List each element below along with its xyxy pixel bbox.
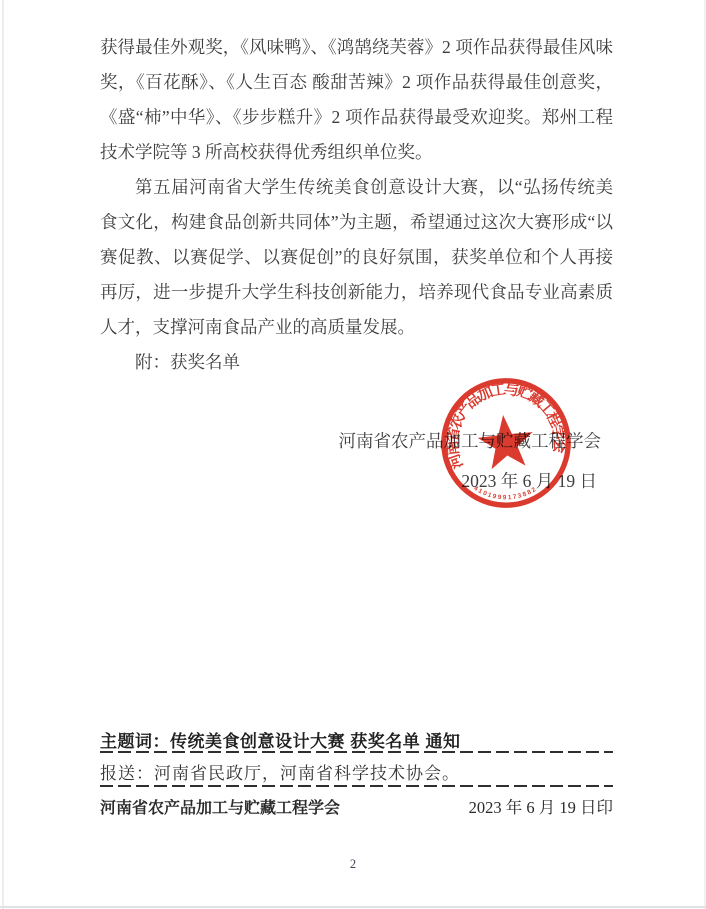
document-page: 获得最佳外观奖，《风味鸭》、《鸿鹄绕芙蓉》2 项作品获得最佳风味奖，《百花酥》、… — [0, 0, 706, 909]
document-body: 获得最佳外观奖，《风味鸭》、《鸿鹄绕芙蓉》2 项作品获得最佳风味奖，《百花酥》、… — [100, 30, 613, 380]
footer-issuer: 河南省农产品加工与贮藏工程学会 — [100, 795, 340, 818]
copyto-label: 报送： — [100, 764, 154, 783]
divider-dashed-1 — [100, 751, 613, 753]
paragraph-awards: 获得最佳外观奖，《风味鸭》、《鸿鹄绕芙蓉》2 项作品获得最佳风味奖，《百花酥》、… — [100, 30, 613, 170]
page-number: 2 — [0, 857, 706, 872]
scan-edge-left — [2, 0, 4, 909]
print-footer: 河南省农产品加工与贮藏工程学会 2023 年 6 月 19 日印 — [100, 794, 613, 818]
seal-star-icon — [476, 412, 537, 470]
subject-keywords-line: 主题词：传统美食创意设计大赛 获奖名单 通知 — [100, 727, 613, 752]
official-seal: 河南省农产品加工与贮藏工程学会 4101999173882 — [431, 368, 580, 517]
subject-label: 主题词： — [100, 732, 170, 751]
subject-value: 传统美食创意设计大赛 获奖名单 通知 — [170, 732, 460, 751]
divider-dashed-2 — [100, 785, 613, 787]
scan-edge-bottom — [0, 906, 706, 908]
paragraph-summary: 第五届河南省大学生传统美食创意设计大赛，以“弘扬传统美食文化，构建食品创新共同体… — [100, 170, 613, 345]
footer-print-date: 2023 年 6 月 19 日印 — [469, 794, 613, 818]
copy-to-line: 报送：河南省民政厅，河南省科学技术协会。 — [100, 759, 613, 784]
copyto-value: 河南省民政厅，河南省科学技术协会。 — [154, 764, 460, 783]
